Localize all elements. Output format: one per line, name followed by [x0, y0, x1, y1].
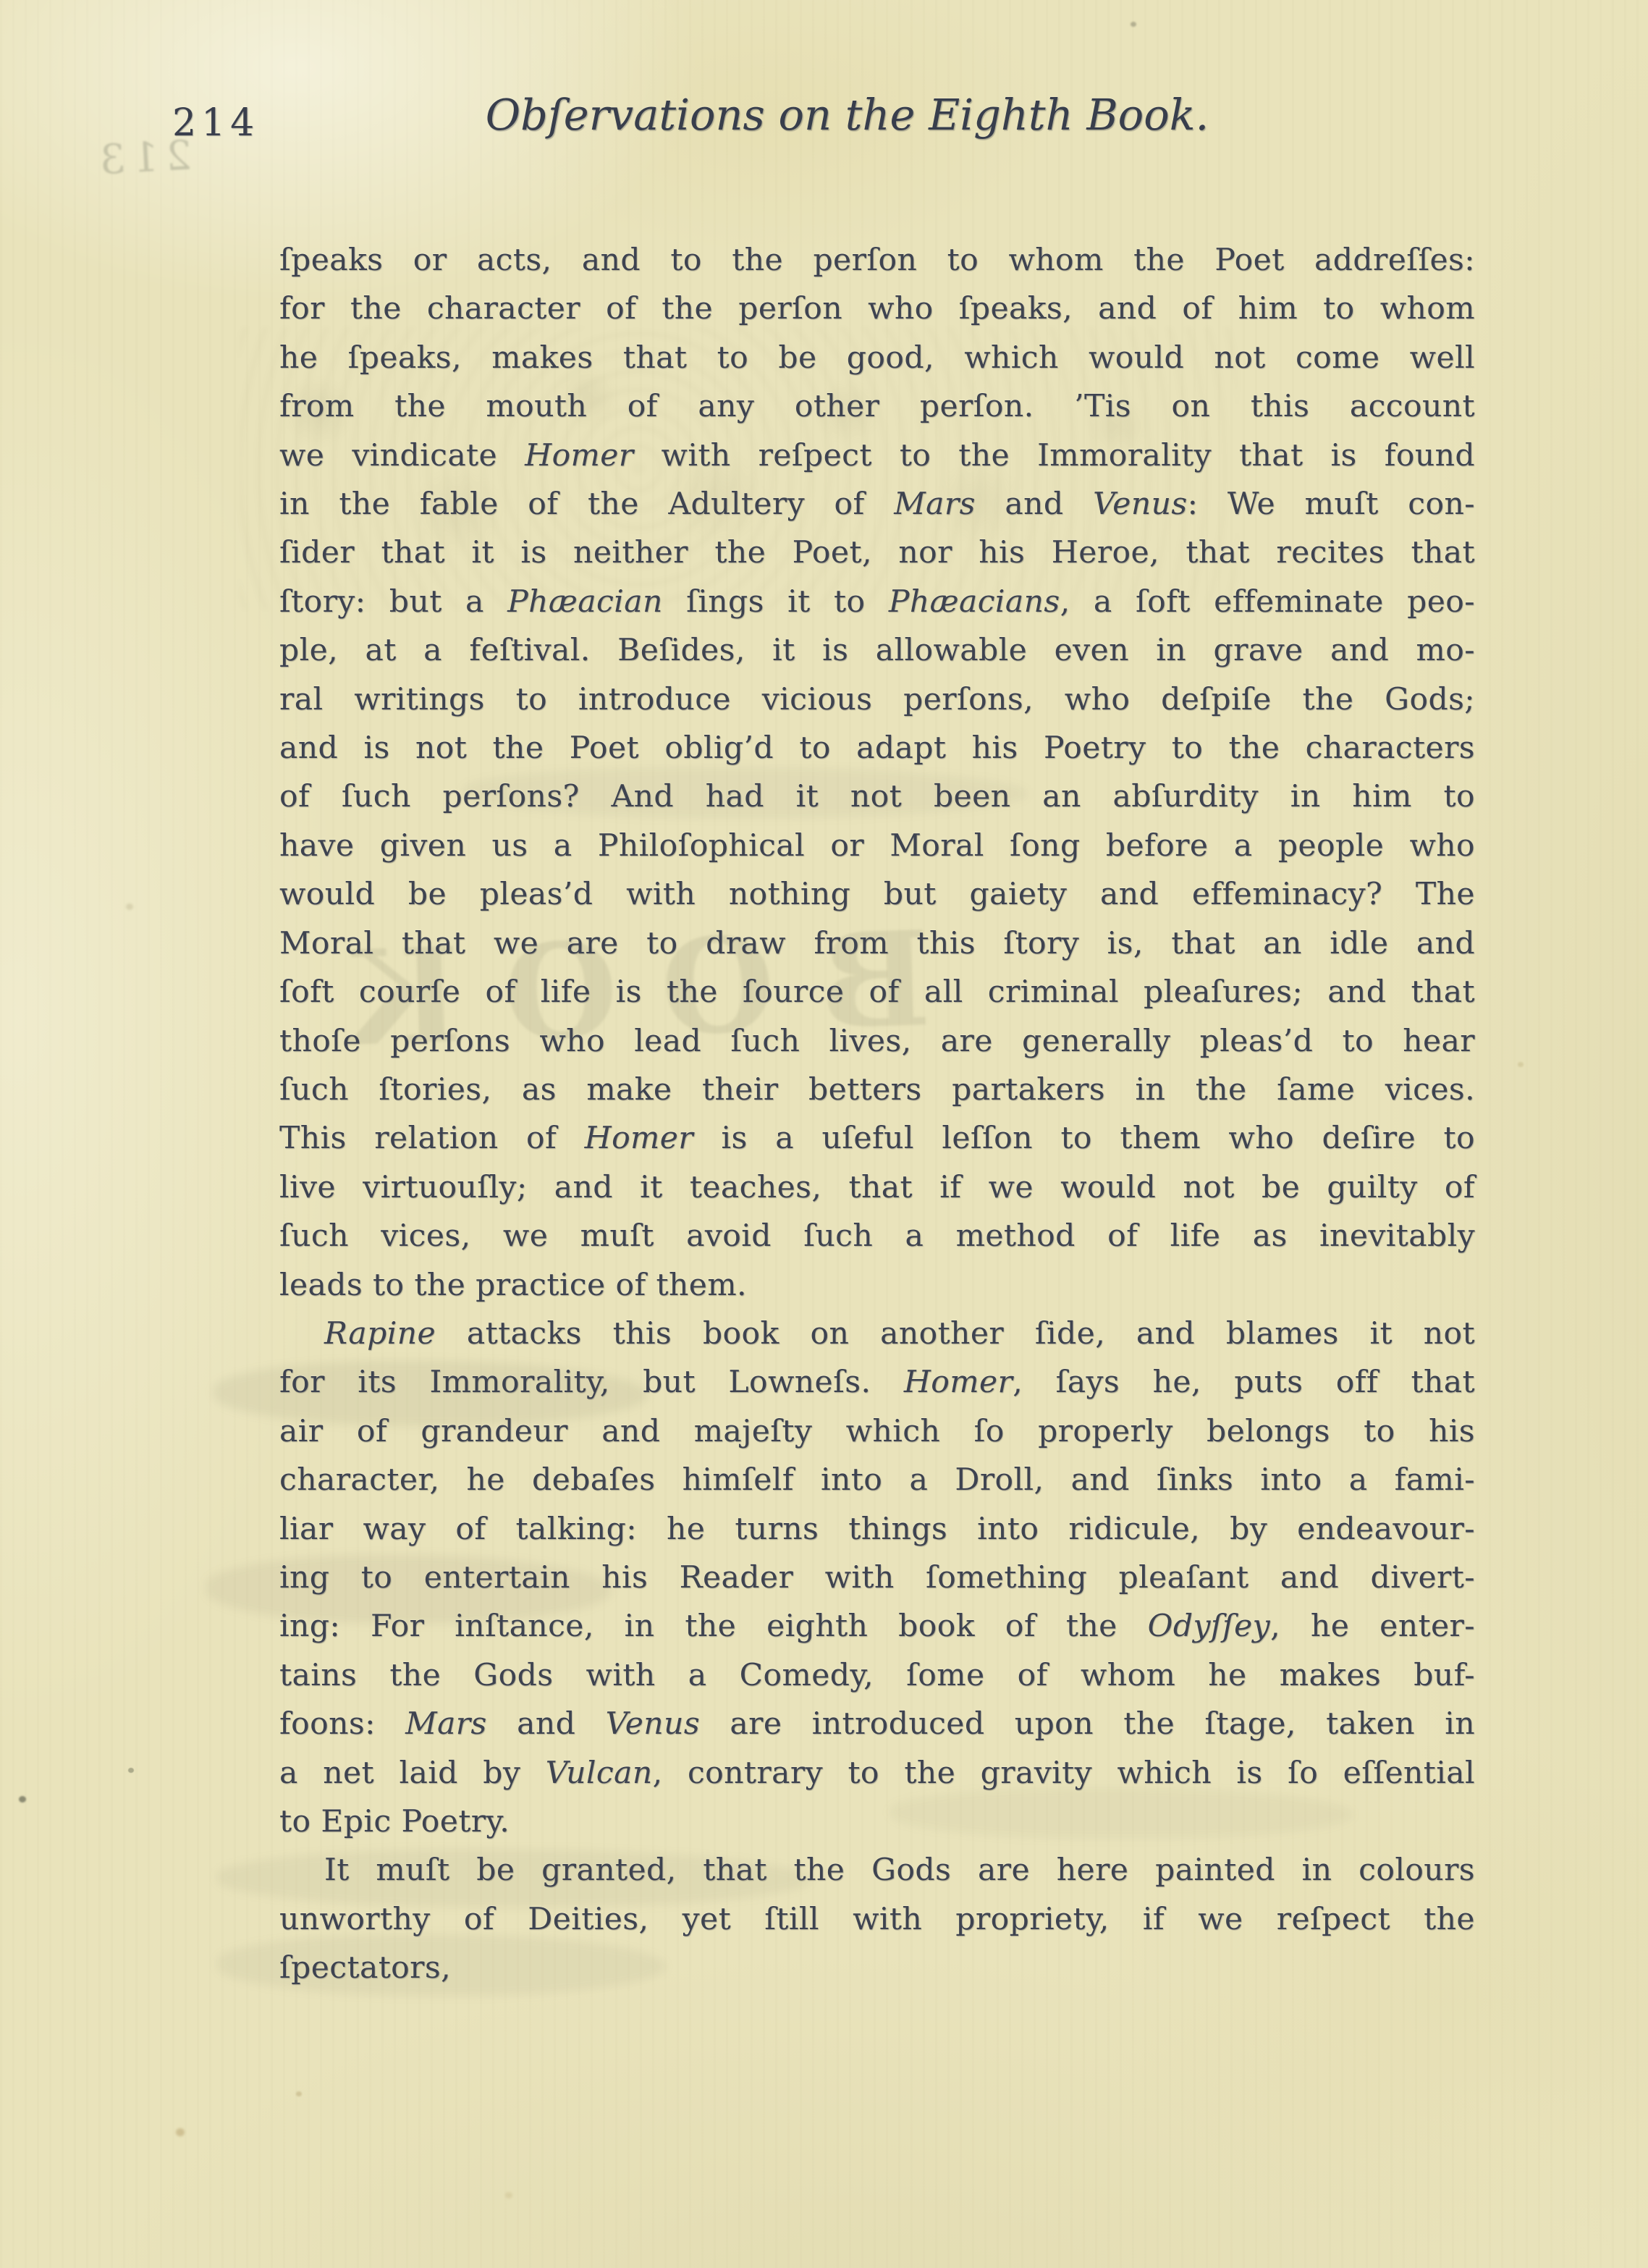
text-run: ſings it to — [663, 584, 889, 620]
italic-text-run: Phæacian — [507, 584, 663, 620]
body-text: ſpeaks or acts, and to the perſon to who… — [279, 236, 1475, 1993]
text-line: It muſt be granted, that the Gods are he… — [279, 1846, 1475, 1894]
italic-text-run: Odyſſey — [1148, 1609, 1270, 1644]
text-run: , contrary to the gravity which is ſo eſ… — [653, 1755, 1475, 1791]
text-line: air of grandeur and majeſty which ſo pro… — [279, 1407, 1475, 1456]
italic-text-run: Homer — [585, 1121, 693, 1156]
text-line: for its Immorality, but Lowneſs. Homer, … — [279, 1358, 1475, 1407]
text-line: foons: Mars and Venus are introduced upo… — [279, 1700, 1475, 1748]
text-line: to Epic Poetry. — [279, 1797, 1475, 1846]
italic-text-run: Venus — [1093, 486, 1188, 522]
book-page: BOOK 213 214 Obſervations on the Eighth … — [0, 0, 1648, 2268]
text-line: ſuch ſtories, as make their betters part… — [279, 1066, 1475, 1114]
running-title: Obſervations on the Eighth Book. — [23, 90, 1648, 140]
text-line: ing to entertain his Reader with ſomethi… — [279, 1554, 1475, 1602]
text-line: Rapine attacks this book on another ſide… — [279, 1310, 1475, 1358]
italic-text-run: Phæacians — [889, 584, 1060, 620]
text-run: would be pleas’d with nothing but gaiety… — [279, 877, 1475, 912]
text-run: have given us a Philoſophical or Moral ſ… — [279, 828, 1475, 864]
text-line: thoſe perſons who lead ſuch lives, are g… — [279, 1017, 1475, 1066]
text-run: ing to entertain his Reader with ſomethi… — [279, 1560, 1475, 1595]
text-run: liar way of talking: he turns things int… — [279, 1512, 1475, 1547]
text-run: to Epic Poetry. — [279, 1804, 510, 1839]
text-run: attacks this book on another ſide, and b… — [436, 1316, 1475, 1352]
foxing-specks — [0, 0, 4, 4]
text-line: character, he debaſes himſelf into a Dro… — [279, 1456, 1475, 1504]
text-run: tains the Gods with a Comedy, ſome of wh… — [279, 1658, 1475, 1693]
text-run: and — [487, 1706, 606, 1742]
text-run: for the character of the perſon who ſpea… — [279, 291, 1475, 326]
text-run: from the mouth of any other perſon. ’Tis… — [279, 389, 1475, 424]
text-line: Moral that we are to draw from this ſtor… — [279, 919, 1475, 968]
italic-text-run: Vulcan — [546, 1755, 653, 1791]
text-line: in the fable of the Adultery of Mars and… — [279, 480, 1475, 528]
text-run: and — [976, 486, 1093, 522]
text-run: with reſpect to the Immorality that is f… — [634, 438, 1475, 473]
italic-text-run: Homer — [525, 438, 633, 473]
text-run: ing: For inſtance, in the eighth book of… — [279, 1609, 1148, 1644]
text-run: air of grandeur and majeſty which ſo pro… — [279, 1414, 1475, 1449]
catchword: ſpectators, — [279, 1944, 1475, 1992]
text-line: of ſuch perſons? And had it not been an … — [279, 772, 1475, 821]
text-line: liar way of talking: he turns things int… — [279, 1505, 1475, 1554]
text-line: for the character of the perſon who ſpea… — [279, 284, 1475, 333]
text-line: live virtuouſly; and it teaches, that if… — [279, 1163, 1475, 1212]
italic-text-run: Mars — [894, 486, 976, 522]
text-line: we vindicate Homer with reſpect to the I… — [279, 431, 1475, 480]
text-run: ſuch vices, we muſt avoid ſuch a method … — [279, 1218, 1475, 1254]
text-run: and is not the Poet oblig’d to adapt his… — [279, 730, 1475, 766]
text-line: have given us a Philoſophical or Moral ſ… — [279, 822, 1475, 870]
text-run: character, he debaſes himſelf into a Dro… — [279, 1462, 1475, 1498]
text-line: ral writings to introduce vicious perſon… — [279, 675, 1475, 724]
text-run: a net laid by — [279, 1755, 546, 1791]
text-run: ral writings to introduce vicious perſon… — [279, 682, 1475, 717]
text-line: unworthy of Deities, yet ſtill with prop… — [279, 1895, 1475, 1944]
text-line: ing: For inſtance, in the eighth book of… — [279, 1602, 1475, 1651]
text-run: we vindicate — [279, 438, 525, 473]
text-line: ſuch vices, we muſt avoid ſuch a method … — [279, 1212, 1475, 1260]
text-line: tains the Gods with a Comedy, ſome of wh… — [279, 1651, 1475, 1700]
text-line: would be pleas’d with nothing but gaiety… — [279, 870, 1475, 919]
text-line: ſoft courſe of life is the ſource of all… — [279, 968, 1475, 1016]
text-line: ſtory: but a Phæacian ſings it to Phæaci… — [279, 578, 1475, 626]
text-line: he ſpeaks, makes that to be good, which … — [279, 334, 1475, 382]
text-run: thoſe perſons who lead ſuch lives, are g… — [279, 1024, 1475, 1059]
text-run: of ſuch perſons? And had it not been an … — [279, 779, 1475, 814]
text-run: ſtory: but a — [279, 584, 507, 620]
text-run: : We muſt con- — [1188, 486, 1475, 522]
text-run: It muſt be granted, that the Gods are he… — [324, 1852, 1475, 1888]
text-run: , he enter- — [1270, 1609, 1475, 1644]
italic-text-run: Rapine — [324, 1316, 436, 1352]
text-run: ſider that it is neither the Poet, nor h… — [279, 535, 1475, 570]
text-run: ſuch ſtories, as make their betters part… — [279, 1072, 1475, 1108]
text-line: ſider that it is neither the Poet, nor h… — [279, 528, 1475, 577]
text-run: he ſpeaks, makes that to be good, which … — [279, 340, 1475, 376]
text-run: , a ſoft effeminate peo- — [1060, 584, 1475, 620]
text-line: ple, at a feſtival. Beſides, it is allow… — [279, 626, 1475, 675]
text-run: ſpeaks or acts, and to the perſon to who… — [279, 243, 1475, 278]
text-line: a net laid by Vulcan, contrary to the gr… — [279, 1749, 1475, 1797]
text-line: leads to the practice of them. — [279, 1261, 1475, 1310]
text-line: and is not the Poet oblig’d to adapt his… — [279, 724, 1475, 772]
text-run: leads to the practice of them. — [279, 1268, 747, 1303]
text-run: unworthy of Deities, yet ſtill with prop… — [279, 1902, 1475, 1937]
text-run: ple, at a feſtival. Beſides, it is allow… — [279, 633, 1475, 668]
text-run: are introduced upon the ſtage, taken in — [700, 1706, 1475, 1742]
italic-text-run: Homer — [904, 1365, 1013, 1400]
text-line: This relation of Homer is a uſeful leſſo… — [279, 1114, 1475, 1163]
text-line: from the mouth of any other perſon. ’Tis… — [279, 382, 1475, 431]
text-run: ſoft courſe of life is the ſource of all… — [279, 974, 1475, 1010]
text-line: ſpeaks or acts, and to the perſon to who… — [279, 236, 1475, 284]
text-run: , ſays he, puts off that — [1013, 1365, 1475, 1400]
text-run: live virtuouſly; and it teaches, that if… — [279, 1170, 1475, 1205]
text-run: Moral that we are to draw from this ſtor… — [279, 926, 1475, 961]
text-run: This relation of — [279, 1121, 585, 1156]
text-run: foons: — [279, 1706, 405, 1742]
italic-text-run: Mars — [405, 1706, 487, 1742]
italic-text-run: Venus — [606, 1706, 701, 1742]
text-run: in the fable of the Adultery of — [279, 486, 894, 522]
text-run: is a uſeful leſſon to them who deſire to — [693, 1121, 1475, 1156]
text-run: for its Immorality, but Lowneſs. — [279, 1365, 904, 1400]
